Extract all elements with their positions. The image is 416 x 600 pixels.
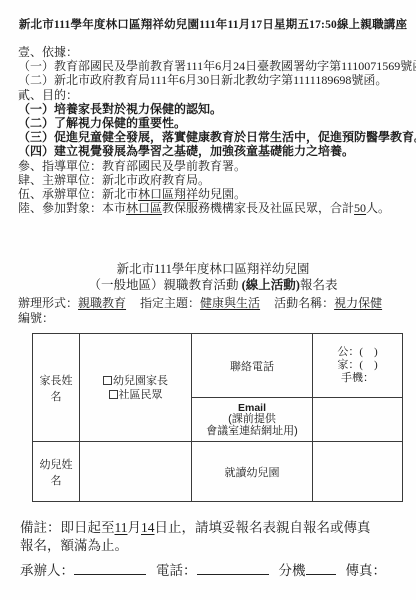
contact-ext-label: 分機 bbox=[279, 563, 306, 578]
basis-item-1: （一）教育部國民及學前教育署111年6月24日臺教國署幼字第1110071569… bbox=[18, 59, 408, 73]
contact-fax-label: 傳真： bbox=[346, 563, 387, 578]
form-meta-line: 辦理形式：親職教育 指定主題：健康與生活 活動名稱：視力保健 bbox=[18, 296, 408, 311]
phone-office-line: 公：( ) bbox=[316, 346, 399, 359]
advisor-unit: 參、指導單位：教育部國民及學前教育署。 bbox=[18, 159, 408, 173]
serial-number-label: 編號： bbox=[18, 311, 408, 326]
contact-phone-blank[interactable] bbox=[197, 562, 269, 575]
identity-option-community: 社區民眾 bbox=[103, 388, 168, 402]
child-name-input-cell[interactable] bbox=[80, 442, 192, 502]
document-title: 新北市111學年度林口區翔祥幼兒園111年11月17日星期五17:50線上親職講… bbox=[18, 16, 408, 32]
contact-phone-label-cell: 聯絡電話 bbox=[192, 334, 313, 398]
parent-name-label: 家長姓名 bbox=[40, 375, 73, 403]
phone-mobile-line: 手機： bbox=[316, 372, 399, 385]
format-label: 辦理形式： bbox=[18, 296, 78, 310]
contact-ext-blank[interactable] bbox=[306, 562, 336, 575]
deadline-month-underlined: 11 bbox=[115, 520, 128, 535]
identity-checkbox-group: 幼兒園家長 社區民眾 bbox=[103, 374, 168, 402]
host-unit: 肆、主辦單位：新北市政府教育局。 bbox=[18, 173, 408, 187]
note-section: 備註：即日起至11月14日止，請填妥報名表親自報名或傳真 報名，額滿為止。 bbox=[20, 519, 398, 554]
purpose-item-4: （四）建立視覺發展為學習之基礎，加強孩童基礎能力之培養。 bbox=[18, 144, 408, 158]
kindergarten-parent-checkbox[interactable] bbox=[103, 376, 112, 385]
email-note-line2: 會議室連結網址用) bbox=[195, 426, 309, 438]
organizer-suffix: 幼兒園。 bbox=[198, 187, 246, 201]
contact-person-label: 承辦人： bbox=[20, 563, 74, 578]
registration-table: 家長姓名 幼兒園家長 社區民眾 聯絡電話 公：( bbox=[32, 333, 403, 502]
organizer-name-underlined: 林口區翔祥 bbox=[138, 187, 198, 201]
kindergarten-label: 就讀幼兒園 bbox=[225, 467, 280, 479]
note-mid: 月 bbox=[128, 520, 142, 535]
kindergarten-input-cell[interactable] bbox=[313, 442, 403, 502]
purpose-item-2: （二）了解視力保健的重要性。 bbox=[18, 116, 408, 130]
form-title-online-tag: (線上活動) bbox=[242, 278, 300, 292]
participants-prefix: 陸、參加對象：本市 bbox=[18, 201, 126, 215]
parent-name-label-cell: 家長姓名 bbox=[33, 334, 80, 442]
activity-label: 活動名稱： bbox=[274, 296, 334, 310]
purpose-label: 貳、目的： bbox=[18, 88, 408, 102]
format-field: 辦理形式：親職教育 bbox=[18, 296, 126, 310]
note-line2: 報名，額滿為止。 bbox=[20, 537, 398, 555]
child-name-label: 幼兒姓名 bbox=[40, 459, 73, 487]
community-resident-label: 社區民眾 bbox=[119, 389, 163, 401]
organizer-unit: 伍、承辦單位：新北市林口區翔祥幼兒園。 bbox=[18, 187, 408, 201]
parent-name-input-cell[interactable]: 幼兒園家長 社區民眾 bbox=[80, 334, 192, 442]
email-label-cell: Email (課前提供 會議室連結網址用) bbox=[192, 398, 313, 442]
participants-mid: 教保服務機構家長及社區民眾，合計 bbox=[162, 201, 354, 215]
activity-value: 視力保健 bbox=[334, 296, 382, 310]
purpose-item-1: （一）培養家長對於視力保健的認知。 bbox=[18, 102, 408, 116]
kindergarten-parent-label: 幼兒園家長 bbox=[113, 375, 168, 387]
participants-count-underlined: 50 bbox=[354, 201, 366, 215]
basis-label: 壹、依據： bbox=[18, 45, 408, 59]
contact-phone-label: 電話： bbox=[156, 563, 197, 578]
community-resident-checkbox[interactable] bbox=[109, 390, 118, 399]
topic-value: 健康與生活 bbox=[200, 296, 260, 310]
document-page: 新北市111學年度林口區翔祥幼兒園111年11月17日星期五17:50線上親職講… bbox=[0, 0, 416, 600]
outline-section: 壹、依據： （一）教育部國民及學前教育署111年6月24日臺教國署幼字第1110… bbox=[18, 45, 408, 215]
activity-field: 活動名稱：視力保健 bbox=[274, 296, 382, 310]
contact-phone-label: 聯絡電話 bbox=[230, 361, 274, 373]
purpose-item-3: （三）促進兒童健全發展，落實健康教育於日常生活中，促進預防醫學教育。 bbox=[18, 130, 408, 144]
contact-person-blank[interactable] bbox=[74, 562, 146, 575]
registration-form-section: 新北市111學年度林口區翔祥幼兒園 （一般地區）親職教育活動 (線上活動)報名表… bbox=[18, 261, 408, 502]
topic-field: 指定主題：健康與生活 bbox=[140, 296, 260, 310]
phone-home-line: 家：( ) bbox=[316, 359, 399, 372]
form-title-line2-prefix: （一般地區）親職教育活動 bbox=[89, 278, 242, 292]
participants-suffix: 人。 bbox=[366, 201, 390, 215]
phone-input-cell[interactable]: 公：( ) 家：( ) 手機： bbox=[313, 334, 403, 398]
participants: 陸、參加對象：本市林口區教保服務機構家長及社區民眾，合計50人。 bbox=[18, 201, 408, 215]
basis-item-2: （二）新北市政府教育局111年6月30日新北教幼字第1111189698號函。 bbox=[18, 73, 408, 87]
identity-option-parent: 幼兒園家長 bbox=[103, 374, 168, 388]
topic-label: 指定主題： bbox=[140, 296, 200, 310]
form-title-line2: （一般地區）親職教育活動 (線上活動)報名表 bbox=[18, 277, 408, 293]
format-value: 親職教育 bbox=[78, 296, 126, 310]
form-title-line1: 新北市111學年度林口區翔祥幼兒園 bbox=[18, 261, 408, 277]
organizer-prefix: 伍、承辦單位：新北市 bbox=[18, 187, 138, 201]
note-prefix: 備註：即日起至 bbox=[20, 520, 115, 535]
form-title-line2-suffix: 報名表 bbox=[300, 278, 338, 292]
kindergarten-label-cell: 就讀幼兒園 bbox=[192, 442, 313, 502]
note-suffix: 日止，請填妥報名表親自報名或傳真 bbox=[155, 520, 371, 535]
email-input-cell[interactable] bbox=[313, 398, 403, 442]
participants-district-underlined: 林口區 bbox=[126, 201, 162, 215]
contact-line: 承辦人：電話：分機傳真： bbox=[20, 559, 408, 579]
deadline-day-underlined: 14 bbox=[141, 520, 155, 535]
child-name-label-cell: 幼兒姓名 bbox=[33, 442, 80, 502]
email-note-line1: (課前提供 bbox=[195, 414, 309, 426]
